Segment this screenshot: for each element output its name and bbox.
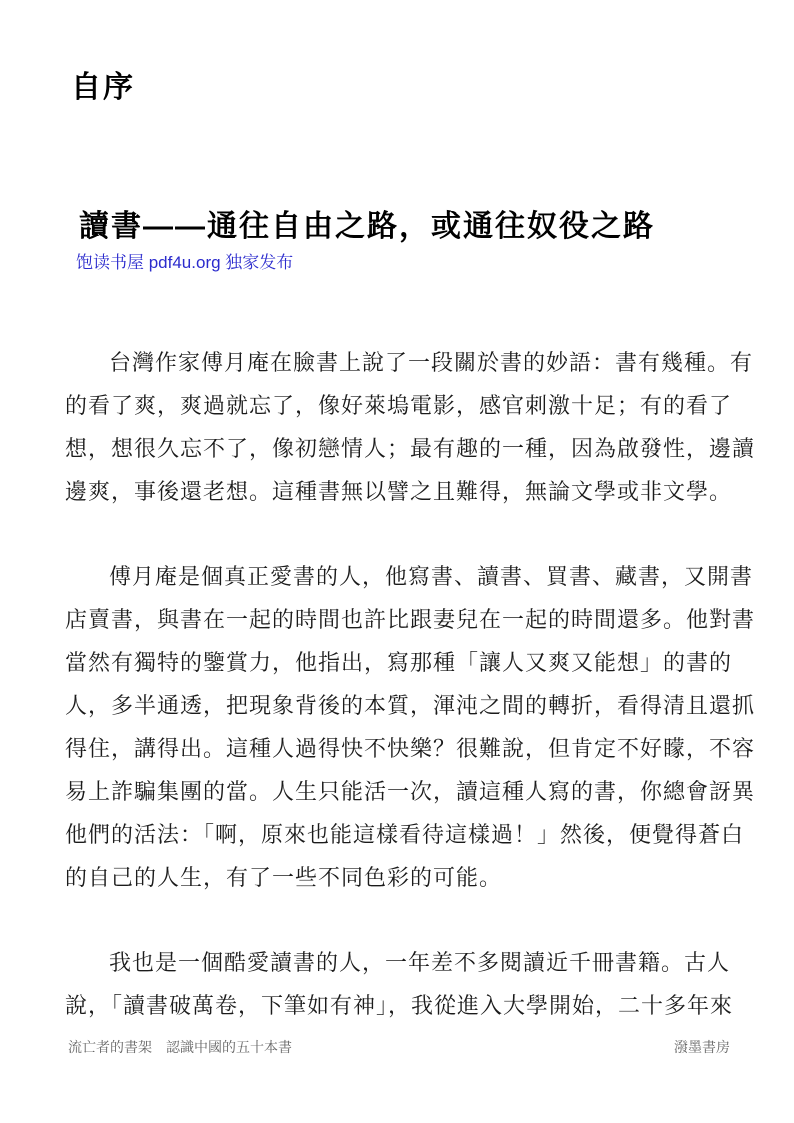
body-line: 當然有獨特的鑒賞力，他指出，寫那種「讓人又爽又能想」的書的 [65,641,731,684]
source-watermark-line: 饱读书屋 pdf4u.org 独家发布 [76,248,293,273]
book-page: 自序 讀書——通往自由之路，或通往奴役之路 饱读书屋 pdf4u.org 独家发… [0,0,794,1123]
body-line: 台灣作家傅月庵在臉書上說了一段關於書的妙語：書有幾種。有 [65,341,731,384]
page-footer: 流亡者的書架 認識中國的五十本書 潑墨書房 [68,1037,730,1057]
chapter-title: 讀書——通往自由之路，或通往奴役之路 [79,201,655,245]
body-line: 得住，講得出。這種人過得快不快樂？很難說，但肯定不好矇，不容 [65,727,731,770]
preface-heading: 自序 [71,62,135,106]
body-line: 的自己的人生，有了一些不同色彩的可能。 [65,856,731,899]
body-line: 他們的活法：「啊，原來也能這樣看待這樣過！」然後，便覺得蒼白 [65,813,731,856]
body-line: 邊爽，事後還老想。這種書無以譬之且難得，無論文學或非文學。 [65,470,731,513]
paragraph: 傅月庵是個真正愛書的人，他寫書、讀書、買書、藏書，又開書店賣書，與書在一起的時間… [65,555,731,899]
body-line: 想，想很久忘不了，像初戀情人；最有趣的一種，因為啟發性，邊讀 [65,427,731,470]
body-line: 傅月庵是個真正愛書的人，他寫書、讀書、買書、藏書，又開書 [65,555,731,598]
body-line: 的看了爽，爽過就忘了，像好萊塢電影，感官刺激十足；有的看了 [65,384,731,427]
paragraph: 我也是一個酷愛讀書的人，一年差不多閱讀近千冊書籍。古人說，「讀書破萬卷，下筆如有… [65,941,731,1027]
body-text: 台灣作家傅月庵在臉書上說了一段關於書的妙語：書有幾種。有的看了爽，爽過就忘了，像… [65,341,731,1027]
paragraph: 台灣作家傅月庵在臉書上說了一段關於書的妙語：書有幾種。有的看了爽，爽過就忘了，像… [65,341,731,513]
body-line: 易上詐騙集團的當。人生只能活一次，讀這種人寫的書，你總會訝異 [65,770,731,813]
body-line: 我也是一個酷愛讀書的人，一年差不多閱讀近千冊書籍。古人 [65,941,731,984]
body-line: 說，「讀書破萬卷，下筆如有神」，我從進入大學開始，二十多年來 [65,984,731,1027]
body-line: 人，多半通透，把現象背後的本質，渾沌之間的轉折，看得清且還抓 [65,684,731,727]
body-line: 店賣書，與書在一起的時間也許比跟妻兒在一起的時間還多。他對書 [65,598,731,641]
footer-publisher: 潑墨書房 [674,1037,730,1057]
footer-book-title: 流亡者的書架 認識中國的五十本書 [68,1037,292,1057]
